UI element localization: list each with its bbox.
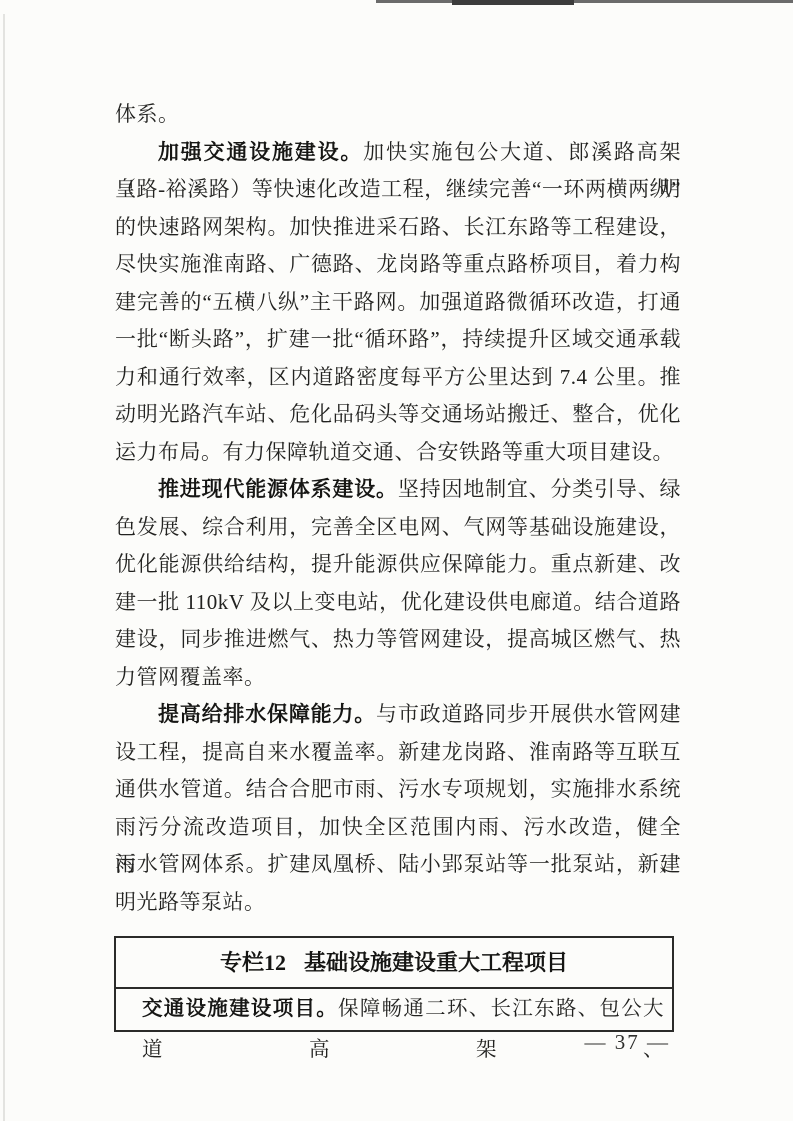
body-line: 明光路等泵站。: [115, 884, 681, 922]
callout-box-rows: 交通设施建设项目。保障畅通二环、长江东路、包公大道高架、: [116, 989, 672, 1030]
body-text: 体系。加强交通设施建设。加快实施包公大道、郎溪路高架（明皇路-裕溪路）等快速化改…: [115, 96, 681, 921]
callout-box-title: 专栏12基础设施建设重大工程项目: [116, 938, 672, 989]
callout-box-title-text: 基础设施建设重大工程项目: [304, 950, 568, 975]
line-text: 一批“断头路”，扩建一批“循环路”，持续提升区域交通承载: [115, 327, 681, 351]
body-line: 力和通行效率，区内道路密度每平方公里达到 7.4 公里。推: [115, 359, 681, 397]
line-text: 建完善的“五横八纵”主干路网。加强道路微循环改造，打通: [115, 290, 681, 314]
body-line: 皇路-裕溪路）等快速化改造工程，继续完善“一环两横两纵”: [115, 171, 681, 209]
body-line: 加强交通设施建设。加快实施包公大道、郎溪路高架（明: [115, 134, 681, 172]
body-line: 设工程，提高自来水覆盖率。新建龙岗路、淮南路等互联互: [115, 734, 681, 772]
line-text: 通供水管道。结合合肥市雨、污水专项规划，实施排水系统: [115, 777, 681, 801]
body-line: 优化能源供给结构，提升能源供应保障能力。重点新建、改: [115, 546, 681, 584]
line-text: 皇路-裕溪路）等快速化改造工程，继续完善“一环两横两纵”: [115, 177, 681, 201]
body-line: 色发展、综合利用，完善全区电网、气网等基础设施建设，: [115, 509, 681, 547]
body-line: 力管网覆盖率。: [115, 659, 681, 697]
scan-artifact-left-edge: [3, 14, 5, 1121]
scan-artifact-top-edge: [376, 0, 793, 3]
line-text: 设工程，提高自来水覆盖率。新建龙岗路、淮南路等互联互: [115, 740, 681, 764]
line-text: 坚持因地制宜、分类引导、绿: [398, 477, 681, 501]
body-line: 建设，同步推进燃气、热力等管网建设，提高城区燃气、热: [115, 621, 681, 659]
line-text: 色发展、综合利用，完善全区电网、气网等基础设施建设，: [115, 515, 681, 539]
line-text: 与市政道路同步开展供水管网建: [376, 702, 681, 726]
callout-row: 交通设施建设项目。保障畅通二环、长江东路、包公大道高架、: [116, 989, 672, 1030]
body-line: 一批“断头路”，扩建一批“循环路”，持续提升区域交通承载: [115, 321, 681, 359]
line-text: 的快速路网架构。加快推进采石路、长江东路等工程建设，: [115, 215, 681, 239]
line-text: 体系。: [115, 102, 180, 126]
line-text: 力和通行效率，区内道路密度每平方公里达到 7.4 公里。推: [115, 365, 681, 389]
paragraph-lead: 推进现代能源体系建设。: [158, 477, 398, 501]
page-number: — 37 —: [0, 1030, 670, 1055]
line-text: 建设，同步推进燃气、热力等管网建设，提高城区燃气、热: [115, 627, 681, 651]
body-line: 建完善的“五横八纵”主干路网。加强道路微循环改造，打通: [115, 284, 681, 322]
paragraph-lead: 提高给排水保障能力。: [158, 702, 376, 726]
line-text: 建一批 110kV 及以上变电站，优化建设供电廊道。结合道路: [115, 590, 681, 614]
line-text: 污水管网体系。扩建凤凰桥、陆小郢泵站等一批泵站，新建: [115, 852, 681, 876]
callout-box-label: 专栏12: [220, 950, 286, 975]
body-line: 雨污分流改造项目，加快全区范围内雨、污水改造，健全雨、: [115, 809, 681, 847]
line-text: 运力布局。有力保障轨道交通、合安铁路等重大项目建设。: [115, 440, 674, 464]
line-text: 尽快实施淮南路、广德路、龙岗路等重点路桥项目，着力构: [115, 252, 681, 276]
line-text: 优化能源供给结构，提升能源供应保障能力。重点新建、改: [115, 552, 681, 576]
body-line: 尽快实施淮南路、广德路、龙岗路等重点路桥项目，着力构: [115, 246, 681, 284]
body-line: 通供水管道。结合合肥市雨、污水专项规划，实施排水系统: [115, 771, 681, 809]
line-text: 力管网覆盖率。: [115, 665, 266, 689]
line-text: 动明光路汽车站、危化品码头等交通场站搬迁、整合，优化: [115, 402, 681, 426]
line-text: 明光路等泵站。: [115, 890, 266, 914]
callout-box: 专栏12基础设施建设重大工程项目 交通设施建设项目。保障畅通二环、长江东路、包公…: [114, 936, 674, 1032]
body-line: 运力布局。有力保障轨道交通、合安铁路等重大项目建设。: [115, 434, 681, 472]
body-line: 提高给排水保障能力。与市政道路同步开展供水管网建: [115, 696, 681, 734]
body-line: 推进现代能源体系建设。坚持因地制宜、分类引导、绿: [115, 471, 681, 509]
scan-artifact-top-edge-dark: [452, 0, 574, 5]
paragraph-lead: 交通设施建设项目。: [142, 998, 338, 1020]
body-line: 体系。: [115, 96, 681, 134]
body-line: 污水管网体系。扩建凤凰桥、陆小郢泵站等一批泵站，新建: [115, 846, 681, 884]
body-line: 建一批 110kV 及以上变电站，优化建设供电廊道。结合道路: [115, 584, 681, 622]
body-line: 动明光路汽车站、危化品码头等交通场站搬迁、整合，优化: [115, 396, 681, 434]
paragraph-lead: 加强交通设施建设。: [158, 140, 363, 164]
document-page: 体系。加强交通设施建设。加快实施包公大道、郎溪路高架（明皇路-裕溪路）等快速化改…: [0, 0, 793, 1121]
body-line: 的快速路网架构。加快推进采石路、长江东路等工程建设，: [115, 209, 681, 247]
